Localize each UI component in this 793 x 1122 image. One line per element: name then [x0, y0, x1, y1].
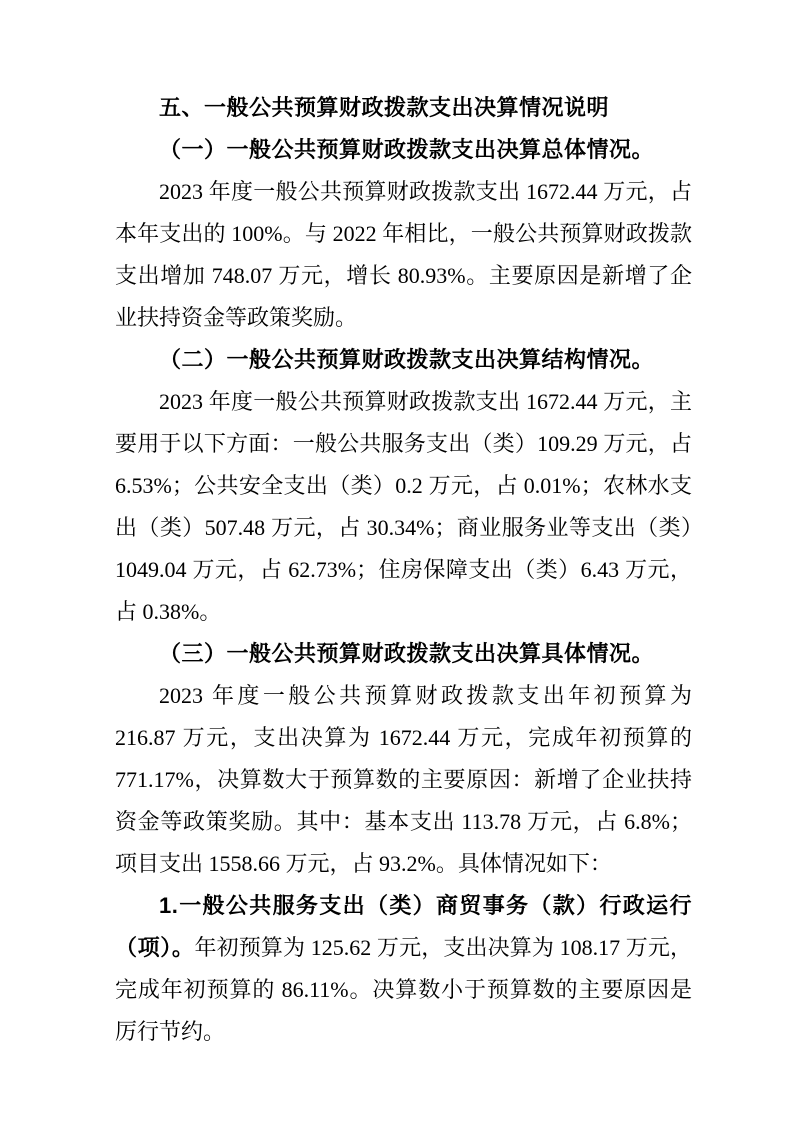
document-page: 五、一般公共预算财政拨款支出决算情况说明 （一）一般公共预算财政拨款支出决算总体… — [0, 0, 793, 1122]
heading-section-3: （三）一般公共预算财政拨款支出决算具体情况。 — [115, 633, 692, 675]
heading-section-2: （二）一般公共预算财政拨款支出决算结构情况。 — [115, 339, 692, 381]
paragraph-section-1-overview: 2023 年度一般公共预算财政拨款支出 1672.44 万元，占本年支出的 10… — [115, 171, 692, 339]
paragraph-item-1: 1.一般公共服务支出（类）商贸事务（款）行政运行（项）。年初预算为 125.62… — [115, 885, 692, 1053]
item-1-rest-text: 年初预算为 125.62 万元，支出决算为 108.17 万元，完成年初预算的 … — [115, 935, 692, 1044]
heading-section-1: （一）一般公共预算财政拨款支出决算总体情况。 — [115, 129, 692, 171]
paragraph-section-2-structure: 2023 年度一般公共预算财政拨款支出 1672.44 万元，主要用于以下方面：… — [115, 381, 692, 633]
paragraph-section-3-detail: 2023 年度一般公共预算财政拨款支出年初预算为 216.87 万元，支出决算为… — [115, 675, 692, 885]
document-body: 五、一般公共预算财政拨款支出决算情况说明 （一）一般公共预算财政拨款支出决算总体… — [115, 87, 692, 1053]
heading-main: 五、一般公共预算财政拨款支出决算情况说明 — [115, 87, 692, 129]
